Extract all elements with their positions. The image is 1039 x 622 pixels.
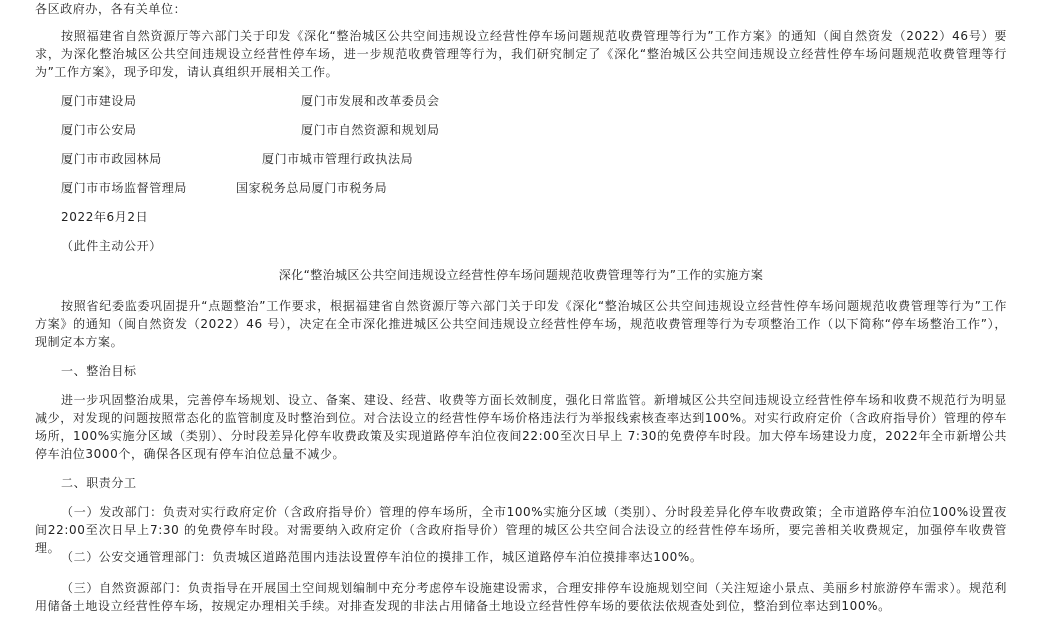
- plan-title: 深化“整治城区公共空间违规设立经营性停车场问题规范收费管理等行为”工作的实施方案: [35, 266, 1007, 284]
- department-name: 厦门市市政园林局: [61, 150, 162, 168]
- salutation: 各区政府办，各有关单位：: [35, 0, 186, 18]
- duty-item: （二）公安交通管理部门：负责城区道路范围内违法设置停车泊位的摸排工作，城区道路停…: [35, 548, 1007, 566]
- section-body: 进一步巩固整治成果，完善停车场规划、设立、备案、建设、经营、收费等方面长效制度，…: [35, 391, 1007, 463]
- duty-item: （三）自然资源部门：负责指导在开展国土空间规划编制中充分考虑停车设施建设需求，合…: [35, 579, 1007, 615]
- section-heading: 二、职责分工: [61, 474, 137, 492]
- department-name: 厦门市市场监督管理局: [61, 179, 187, 197]
- plan-intro-paragraph: 按照省纪委监委巩固提升“点题整治”工作要求，根据福建省自然资源厅等六部门关于印发…: [35, 297, 1007, 351]
- department-name: 厦门市发展和改革委员会: [301, 92, 440, 110]
- department-name: 国家税务总局厦门市税务局: [236, 179, 387, 197]
- department-name: 厦门市建设局: [61, 92, 137, 110]
- department-name: 厦门市城市管理行政执法局: [262, 150, 413, 168]
- department-name: 厦门市自然资源和规划局: [301, 121, 440, 139]
- intro-paragraph: 按照福建省自然资源厅等六部门关于印发《深化“整治城区公共空间违规设立经营性停车场…: [35, 27, 1007, 81]
- disclosure-note: （此件主动公开）: [61, 237, 162, 255]
- section-heading: 一、整治目标: [61, 362, 137, 380]
- issue-date: 2022年6月2日: [61, 208, 148, 226]
- department-name: 厦门市公安局: [61, 121, 137, 139]
